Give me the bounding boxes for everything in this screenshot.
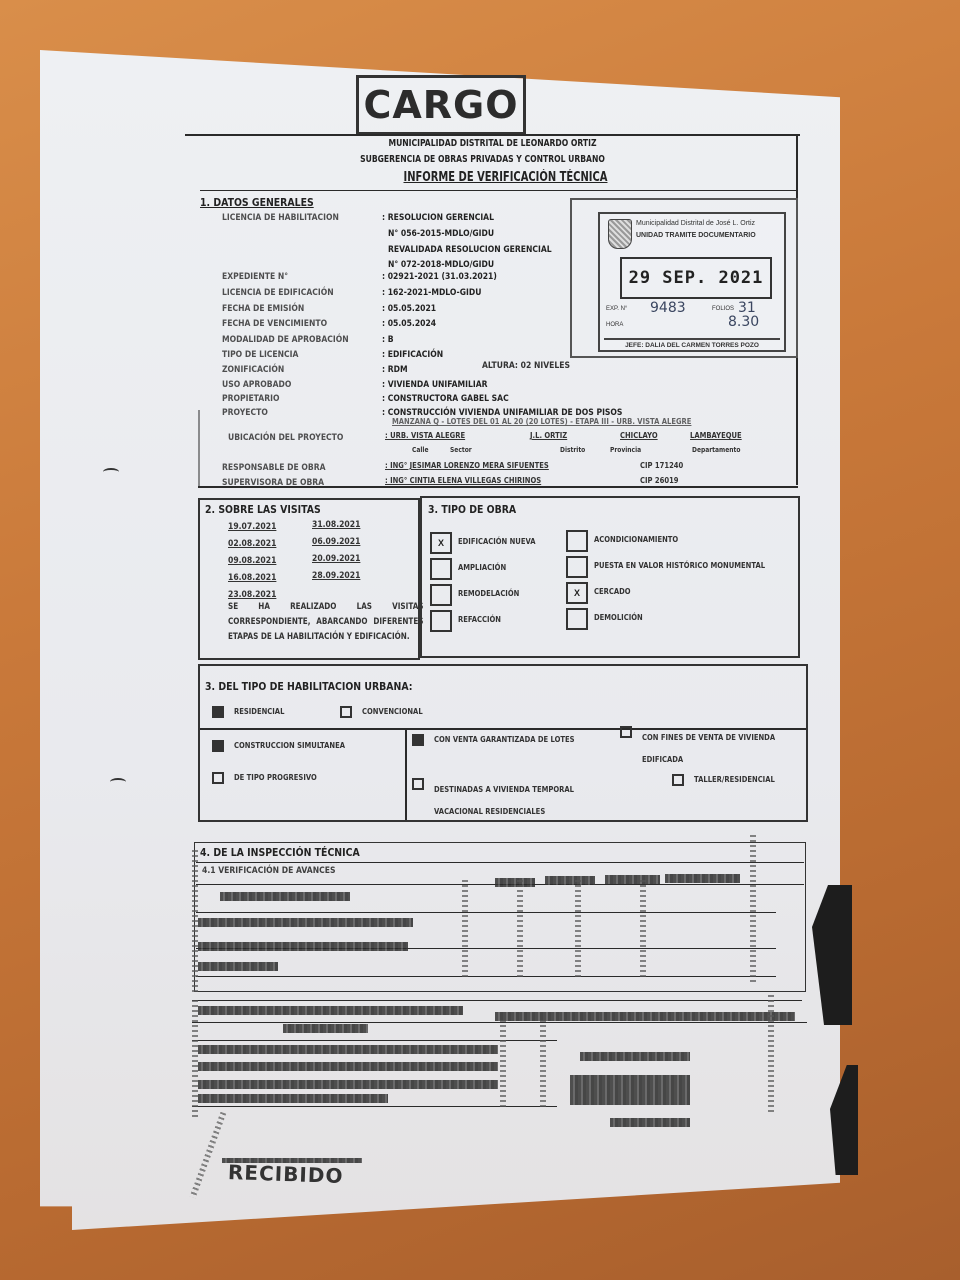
checkbox-con-fines-de-venta-de-vivienda-edificada[interactable] bbox=[620, 726, 632, 738]
checkbox-de-tipo-progresivo[interactable] bbox=[212, 772, 224, 784]
visit-date: 19.07.2021 bbox=[228, 522, 276, 532]
section1-left-rule bbox=[198, 410, 200, 488]
supervisora-value: : ING° CINTIA ELENA VILLEGAS CHIRINOS bbox=[385, 476, 541, 485]
checkbox-label: AMPLIACIÓN bbox=[458, 563, 506, 572]
section3b-col-divider bbox=[405, 728, 407, 820]
scan-artifact bbox=[500, 1020, 506, 1110]
redacted-bar bbox=[198, 1094, 388, 1103]
stamp-exp-value: 9483 bbox=[650, 300, 686, 316]
checkbox-residencial[interactable] bbox=[212, 706, 224, 718]
scan-artifact bbox=[192, 850, 198, 995]
field-value: : 05.05.2021 bbox=[382, 304, 436, 314]
field-value: : 162-2021-MDLO-GIDU bbox=[382, 288, 481, 298]
header-rule bbox=[185, 134, 800, 136]
supervisora-cip: CIP 26019 bbox=[640, 476, 679, 485]
field-value: : EDIFICACIÓN bbox=[382, 350, 443, 360]
scan-artifact bbox=[192, 1000, 198, 1120]
section4-title: 4. DE LA INSPECCIÓN TÉCNICA bbox=[200, 846, 360, 859]
section1-bottom-rule bbox=[198, 486, 798, 488]
checkbox-destinadas-a-vivienda-temporal-vacacional-residenciales[interactable] bbox=[412, 778, 424, 790]
visit-date: 09.08.2021 bbox=[228, 556, 276, 566]
ubicacion-label: UBICACIÓN DEL PROYECTO bbox=[228, 433, 343, 443]
checkbox-ampliaci-n[interactable] bbox=[430, 558, 452, 580]
field-label: FECHA DE EMISIÓN bbox=[222, 304, 304, 314]
proyecto-line2: MANZANA Q - LOTES DEL 01 AL 20 (20 LOTES… bbox=[392, 417, 691, 426]
checkbox-label: EDIFICACIÓN NUEVA bbox=[458, 537, 536, 546]
field-label: FECHA DE VENCIMIENTO bbox=[222, 319, 327, 329]
field-value: : VIVIENDA UNIFAMILIAR bbox=[382, 380, 488, 390]
stamp-entity: Municipalidad Distrital de José L. Ortiz bbox=[636, 220, 755, 227]
field-value: : 02921-2021 (31.03.2021) bbox=[382, 272, 497, 282]
field-value: N° 072-2018-MDLO/GIDU bbox=[388, 260, 494, 270]
field-value: : B bbox=[382, 335, 394, 345]
ubicacion-provincia: CHICLAYO bbox=[620, 431, 658, 440]
altura: ALTURA: 02 NIVELES bbox=[482, 361, 570, 371]
caption-departamento: Departamento bbox=[692, 446, 740, 454]
field-label: ZONIFICACIÓN bbox=[222, 365, 284, 375]
field-value: : RESOLUCION GERENCIAL bbox=[382, 213, 494, 223]
stamp-unit: UNIDAD TRAMITE DOCUMENTARIO bbox=[636, 232, 756, 239]
redacted-bar bbox=[198, 918, 413, 927]
redacted-bar bbox=[198, 1006, 463, 1015]
checkbox-refacci-n[interactable] bbox=[430, 610, 452, 632]
redacted-bar bbox=[605, 875, 660, 884]
scan-artifact bbox=[768, 995, 774, 1115]
header-municipality: MUNICIPALIDAD DISTRITAL DE LEONARDO ORTI… bbox=[365, 138, 620, 149]
section4-box bbox=[194, 842, 806, 992]
redacted-bar bbox=[283, 1024, 368, 1033]
checkbox-remodelaci-n[interactable] bbox=[430, 584, 452, 606]
responsable-label: RESPONSABLE DE OBRA bbox=[222, 463, 326, 473]
checkbox-taller-residencial[interactable] bbox=[672, 774, 684, 786]
checkbox-demolici-n[interactable] bbox=[566, 608, 588, 630]
scan-artifact bbox=[575, 880, 581, 980]
recibido-stamp: RECIBIDO bbox=[228, 1160, 344, 1188]
stamp-jefe: JEFE: DALIA DEL CARMEN TORRES POZO bbox=[604, 338, 780, 349]
section2-note: SE HA REALIZADO LAS VISITAS CORRESPONDIE… bbox=[228, 600, 424, 645]
header-subgerencia: SUBGERENCIA DE OBRAS PRIVADAS Y CONTROL … bbox=[355, 154, 610, 165]
checkbox-edificaci-n-nueva[interactable]: X bbox=[430, 532, 452, 554]
municipal-crest-icon bbox=[608, 219, 632, 249]
section3b-title: 3. DEL TIPO DE HABILITACION URBANA: bbox=[205, 680, 412, 693]
field-label: PROPIETARIO bbox=[222, 394, 279, 404]
checkbox-label: CON FINES DE VENTA DE VIVIENDA EDIFICADA bbox=[642, 727, 787, 771]
section2-title: 2. SOBRE LAS VISITAS bbox=[205, 503, 321, 516]
stamp-hora-label: HORA bbox=[606, 322, 623, 328]
ubicacion-distrito: J.L. ORTIZ bbox=[530, 431, 567, 440]
checkbox-label: PUESTA EN VALOR HISTÓRICO MONUMENTAL bbox=[594, 561, 765, 570]
field-label: PROYECTO bbox=[222, 408, 268, 418]
field-value: REVALIDADA RESOLUCION GERENCIAL bbox=[388, 245, 552, 255]
checkbox-puesta-en-valor-hist-rico-monumental[interactable] bbox=[566, 556, 588, 578]
redacted-bar bbox=[198, 1045, 498, 1054]
checkbox-con-venta-garantizada-de-lotes[interactable] bbox=[412, 734, 424, 746]
checkbox-label: REFACCIÓN bbox=[458, 615, 501, 624]
scan-artifact bbox=[462, 880, 468, 980]
section3-box bbox=[420, 496, 800, 658]
scan-artifact bbox=[750, 835, 756, 985]
stamp-date: 29 SEP. 2021 bbox=[620, 257, 772, 299]
reception-stamp: Municipalidad Distrital de José L. Ortiz… bbox=[598, 212, 786, 352]
field-label: LICENCIA DE EDIFICACIÓN bbox=[222, 288, 334, 298]
checkbox-cercado[interactable]: X bbox=[566, 582, 588, 604]
field-label: EXPEDIENTE N° bbox=[222, 272, 288, 282]
caption-calle: Calle bbox=[412, 446, 429, 454]
checkbox-label: DESTINADAS A VIVIENDA TEMPORAL VACACIONA… bbox=[434, 779, 579, 823]
redacted-bar bbox=[665, 874, 740, 883]
checkbox-label: TALLER/RESIDENCIAL bbox=[694, 775, 775, 784]
visit-date: 16.08.2021 bbox=[228, 573, 276, 583]
checkbox-construccion-simultanea[interactable] bbox=[212, 740, 224, 752]
field-label: TIPO DE LICENCIA bbox=[222, 350, 298, 360]
responsable-cip: CIP 171240 bbox=[640, 461, 683, 470]
section1-title: 1. DATOS GENERALES bbox=[200, 196, 314, 209]
stamp-exp-label: EXP. N° bbox=[606, 306, 627, 312]
ubicacion-calle: : URB. VISTA ALEGRE bbox=[385, 431, 465, 440]
stamp-hora-value: 8.30 bbox=[728, 314, 759, 330]
checkbox-label: CON VENTA GARANTIZADA DE LOTES bbox=[434, 735, 575, 744]
redacted-bar bbox=[198, 942, 408, 951]
visit-date: 31.08.2021 bbox=[312, 520, 360, 530]
scan-artifact bbox=[517, 880, 523, 980]
field-label: MODALIDAD DE APROBACIÓN bbox=[222, 335, 349, 345]
section3-title: 3. TIPO DE OBRA bbox=[428, 503, 516, 516]
visit-date: 02.08.2021 bbox=[228, 539, 276, 549]
checkbox-label: CERCADO bbox=[594, 587, 631, 596]
field-label: LICENCIA DE HABILITACION bbox=[222, 213, 339, 223]
cargo-stamp: CARGO bbox=[356, 75, 526, 135]
redacted-bar bbox=[570, 1075, 690, 1105]
redacted-bar bbox=[495, 878, 535, 887]
section5-rule-1 bbox=[192, 1000, 802, 1001]
redacted-bar bbox=[220, 892, 350, 901]
checkbox-label: DE TIPO PROGRESIVO bbox=[234, 773, 317, 782]
page-title: INFORME DE VERIFICACIÓN TÉCNICA bbox=[378, 170, 633, 185]
staple-mark bbox=[103, 468, 119, 476]
field-value: : CONSTRUCTORA GABEL SAC bbox=[382, 394, 509, 404]
checkbox-label: CONVENCIONAL bbox=[362, 707, 423, 716]
field-value: : RDM bbox=[382, 365, 408, 375]
checkbox-label: CONSTRUCCION SIMULTANEA bbox=[234, 741, 345, 750]
title-rule bbox=[200, 190, 798, 191]
field-label: USO APROBADO bbox=[222, 380, 291, 390]
redacted-bar bbox=[545, 876, 595, 885]
checkbox-label: RESIDENCIAL bbox=[234, 707, 284, 716]
responsable-value: : ING° JESIMAR LORENZO MERA SIFUENTES bbox=[385, 461, 549, 470]
staple-mark bbox=[110, 778, 126, 786]
visit-date: 06.09.2021 bbox=[312, 537, 360, 547]
redacted-bar bbox=[198, 1062, 498, 1071]
scan-artifact bbox=[540, 1020, 546, 1110]
stamp-folios-label: FOLIOS bbox=[712, 306, 734, 312]
ubicacion-departamento: LAMBAYEQUE bbox=[690, 431, 742, 440]
field-value: : 05.05.2024 bbox=[382, 319, 436, 329]
scan-artifact bbox=[640, 880, 646, 980]
checkbox-label: DEMOLICIÓN bbox=[594, 613, 643, 622]
visit-date: 20.09.2021 bbox=[312, 554, 360, 564]
caption-provincia: Provincia bbox=[610, 446, 641, 454]
section4-subtitle: 4.1 VERIFICACIÓN DE AVANCES bbox=[202, 866, 335, 876]
caption-sector: Sector bbox=[450, 446, 472, 454]
redacted-bar bbox=[198, 1080, 498, 1089]
visit-date: 28.09.2021 bbox=[312, 571, 360, 581]
checkbox-label: REMODELACIÓN bbox=[458, 589, 519, 598]
redacted-bar bbox=[610, 1118, 690, 1127]
checkbox-label: ACONDICIONAMIENTO bbox=[594, 535, 678, 544]
section4-rule-1 bbox=[196, 862, 804, 863]
caption-distrito: Distrito bbox=[560, 446, 585, 454]
section4-rule-5 bbox=[196, 976, 776, 977]
section4-rule-3 bbox=[196, 912, 776, 913]
redacted-bar bbox=[580, 1052, 690, 1061]
checkbox-convencional[interactable] bbox=[340, 706, 352, 718]
visit-date: 23.08.2021 bbox=[228, 590, 276, 600]
field-value: N° 056-2015-MDLO/GIDU bbox=[388, 229, 494, 239]
redacted-bar bbox=[198, 962, 278, 971]
checkbox-acondicionamiento[interactable] bbox=[566, 530, 588, 552]
